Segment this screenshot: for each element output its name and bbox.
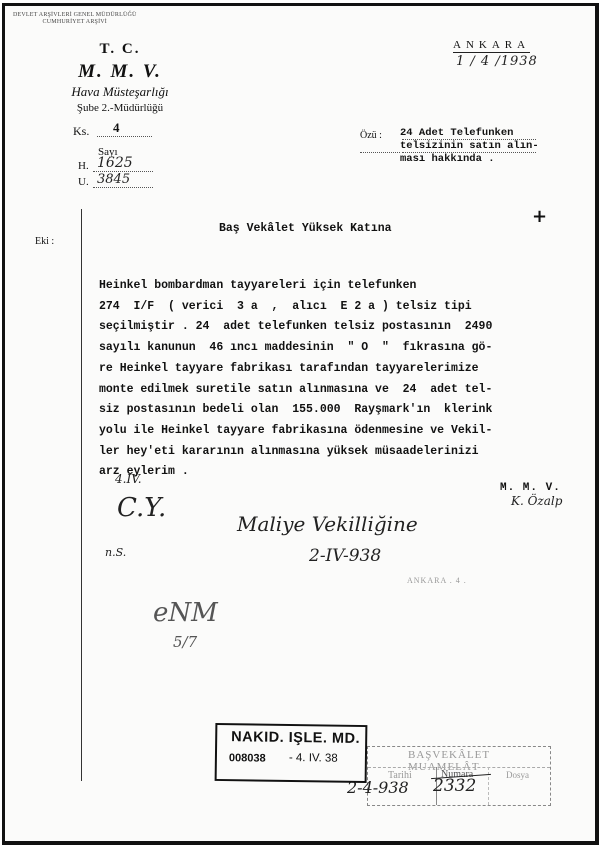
archive-header-line2: CUMHURİYET ARŞİVİ bbox=[13, 19, 137, 26]
h-label: H. bbox=[78, 160, 89, 172]
handwritten-note: n.S. bbox=[105, 546, 126, 559]
ks-label: Ks. bbox=[73, 124, 89, 139]
signature-handwritten: K. Özalp bbox=[511, 494, 562, 508]
subject-label: Özü : bbox=[360, 130, 382, 141]
finance-stamp-date: - 4. IV. 38 bbox=[289, 752, 338, 765]
finance-stamp-title: NAKID. IŞLE. MD. bbox=[231, 729, 360, 747]
faint-stamp: ANKARA . 4 . bbox=[407, 576, 467, 585]
margin-cross-mark: + bbox=[532, 206, 547, 227]
subject-text: 24 Adet Telefunken telsizinin satın alın… bbox=[400, 127, 539, 166]
subject-left-rule bbox=[360, 152, 400, 153]
registry-stamp-col-file: Dosya bbox=[506, 770, 529, 780]
registry-handwritten-number: 2332 bbox=[433, 776, 476, 796]
letterhead-tc: T. C. bbox=[40, 41, 200, 58]
document-page: DEVLET ARŞİVLERİ GENEL MÜDÜRLÜĞÜ CUMHURİ… bbox=[2, 3, 599, 845]
h-value: 1625 bbox=[93, 155, 153, 172]
margin-rule bbox=[81, 209, 82, 781]
place-date: 1 / 4 /1938 bbox=[456, 54, 538, 69]
finance-stamp: NAKID. IŞLE. MD. 008038 - 4. IV. 38 bbox=[215, 723, 368, 783]
handwritten-initial-date: 4.IV. bbox=[115, 472, 142, 486]
signature-org: M. M. V. bbox=[500, 482, 561, 494]
registry-stamp-divider bbox=[368, 767, 550, 768]
handwritten-scrawl-sub: 5/7 bbox=[173, 633, 197, 651]
letterhead-branch: Şube 2.-Müdürlüğü bbox=[40, 102, 200, 114]
archive-header: DEVLET ARŞİVLERİ GENEL MÜDÜRLÜĞÜ CUMHURİ… bbox=[13, 12, 137, 26]
handwritten-initials: C.Y. bbox=[117, 493, 166, 523]
letter-body: Heinkel bombardman tayyareleri için tele… bbox=[99, 276, 599, 483]
eki-label: Eki : bbox=[35, 236, 54, 247]
handwritten-scrawl: eNM bbox=[153, 598, 218, 628]
archive-header-line1: DEVLET ARŞİVLERİ GENEL MÜDÜRLÜĞÜ bbox=[13, 12, 137, 19]
handwritten-referral-date: 2-IV-938 bbox=[309, 546, 381, 566]
place-city: ANKARA bbox=[453, 39, 530, 53]
letterhead-ministry: M. M. V. bbox=[40, 61, 200, 83]
handwritten-referral: Maliye Vekilliğine bbox=[237, 512, 418, 536]
u-label: U. bbox=[78, 176, 89, 188]
u-value: 3845 bbox=[93, 172, 153, 188]
addressee: Baş Vekâlet Yüksek Katına bbox=[219, 222, 392, 235]
letterhead-undersecretariat: Hava Müsteşarlığı bbox=[40, 84, 200, 100]
finance-stamp-number: 008038 bbox=[229, 752, 266, 765]
registry-stamp-col-divider-2 bbox=[488, 767, 489, 805]
ks-value: 4 bbox=[97, 120, 152, 137]
